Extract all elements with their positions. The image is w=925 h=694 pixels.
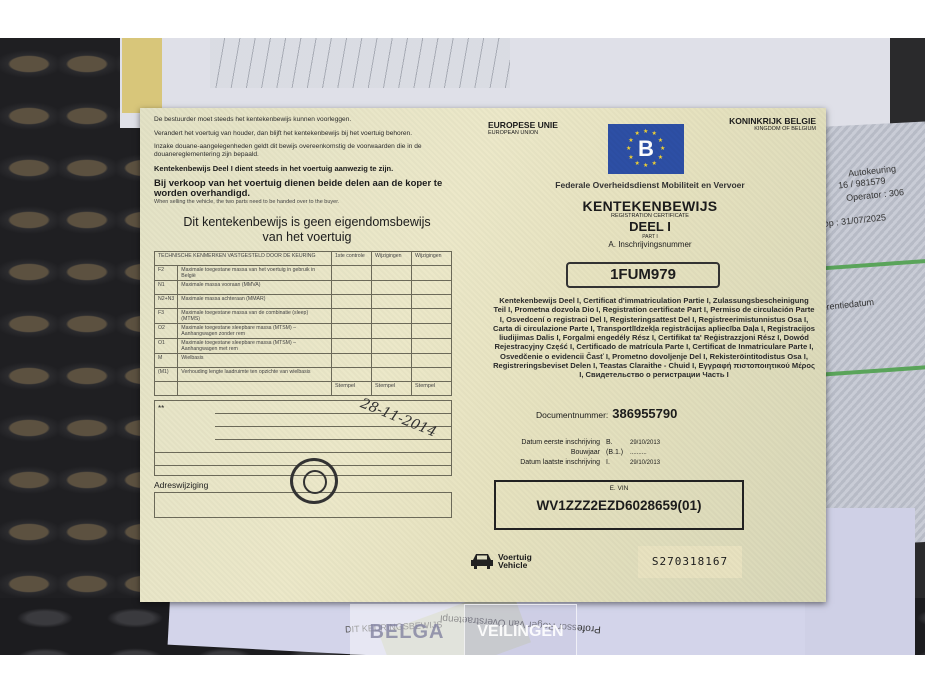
inspection-seal-stamp [290, 458, 338, 504]
document-number-label: Documentnummer: [536, 410, 608, 420]
eu-star-icon: ★ [635, 161, 640, 167]
document-number-value: 386955790 [612, 406, 677, 421]
eu-star-icon: ★ [626, 146, 631, 152]
row-label: Wielbasis [178, 354, 332, 368]
row-label: Verhouding lengte laadruimte ten opzicht… [178, 368, 332, 382]
table-row: O1Maximale toegestane sleepbare massa (M… [155, 339, 452, 354]
title: KENTEKENBEWIJS [480, 198, 820, 214]
ownership-disclaimer: Dit kentekenbewijs is geen eigendomsbewi… [154, 215, 460, 245]
table-cell [412, 281, 452, 295]
table-cell [412, 324, 452, 339]
disclaimer-line: Dit kentekenbewijs is geen eigendomsbewi… [154, 215, 460, 230]
kingdom-header: KONINKRIJK BELGIE KINGDOM OF BELGIUM [729, 116, 816, 132]
date-code: B. [600, 438, 630, 448]
date-value: 29/10/2013 [630, 438, 660, 448]
table-cell [178, 382, 332, 396]
date-label: Datum laatste inschrijving [488, 458, 600, 468]
row-label: Maximale toegestane massa van de combina… [178, 309, 332, 324]
table-cell [372, 266, 412, 281]
vehicle-label-en: Vehicle [498, 561, 532, 569]
registration-dates: Datum eerste inschrijvingB.29/10/2013 Bo… [488, 438, 660, 468]
remarks-line [215, 401, 451, 414]
row-label: Maximale toegestane sleepbare massa (MTS… [178, 339, 332, 354]
eu-header: EUROPESE UNIE EUROPEAN UNION [488, 120, 558, 136]
car-icon [470, 552, 494, 570]
row-code: (M1) [155, 368, 178, 382]
row-code: N1 [155, 281, 178, 295]
date-label: Bouwjaar [488, 448, 600, 458]
eu-star-icon: ★ [658, 155, 663, 161]
document-number: Documentnummer:386955790 [536, 406, 677, 421]
stamp-label: Stempel [332, 382, 372, 396]
table-cell [372, 295, 412, 309]
table-row: MWielbasis [155, 354, 452, 368]
table-row: F3Maximale toegestane massa van de combi… [155, 309, 452, 324]
ministry-name: Federale Overheidsdienst Mobiliteit en V… [480, 180, 820, 190]
table-cell [155, 382, 178, 396]
stars-marker: ** [158, 404, 164, 413]
vin-value: WV1ZZZ2EZD6028659(01) [496, 498, 742, 513]
note: De bestuurder moet steeds het kentekenbe… [154, 116, 460, 124]
eu-star-icon: ★ [658, 138, 663, 144]
date-row: Datum eerste inschrijvingB.29/10/2013 [488, 438, 660, 448]
table-row: O2Maximale toegestane sleepbare massa (M… [155, 324, 452, 339]
registration-certificate: De bestuurder moet steeds het kentekenbe… [140, 108, 826, 602]
table-cell [332, 309, 372, 324]
row-code: O1 [155, 339, 178, 354]
watermark-veilingen: VEILINGEN [464, 604, 577, 655]
note: Verandert het voertuig van houder, dan b… [154, 130, 460, 138]
table-header: Wijzigingen [412, 252, 452, 266]
date-value: 29/10/2013 [630, 458, 660, 468]
eu-star-icon: ★ [628, 138, 633, 144]
table-cell [372, 368, 412, 382]
table-cell [372, 354, 412, 368]
table-header: Wijzigingen [372, 252, 412, 266]
table-cell [412, 295, 452, 309]
row-label: Maximale toegestane massa van het voertu… [178, 266, 332, 281]
bold-note: Kentekenbewijs Deel I dient steeds in he… [154, 164, 460, 173]
kingdom-label-en: KINGDOM OF BELGIUM [729, 126, 816, 132]
vehicle-marker: Voertuig Vehicle [470, 552, 532, 570]
table-cell [332, 281, 372, 295]
table-cell [372, 339, 412, 354]
row-label: Maximale toegestane sleepbare massa (MTS… [178, 324, 332, 339]
row-label: Maximale massa achteraan (MMAR) [178, 295, 332, 309]
row-code: F2 [155, 266, 178, 281]
eu-star-icon: ★ [652, 161, 657, 167]
part: DEEL I [480, 219, 820, 234]
stamp-row: Stempel Stempel Stempel [155, 382, 452, 396]
table-row: (M1)Verhouding lengte laadruimte ten opz… [155, 368, 452, 382]
stamp-label: Stempel [412, 382, 452, 396]
table-cell [412, 266, 452, 281]
row-code: O2 [155, 324, 178, 339]
photo: Autokeuring 16 / 981579 Operator : 306 k… [0, 38, 925, 655]
watermark-belga: BELGA [350, 604, 464, 655]
multilingual-titles: Kentekenbewijs Deel I, Certificat d'imma… [492, 296, 816, 380]
eu-flag-icon: B ★★★★★★★★★★★★ [608, 124, 684, 174]
note: Inzake douane-aangelegenheden geldt dit … [154, 143, 460, 158]
serial-number: S270318167 [638, 546, 742, 578]
technical-specs-table: TECHNISCHE KENMERKEN VASTGESTELD DOOR DE… [154, 251, 452, 396]
eu-star-icon: ★ [643, 163, 648, 169]
kingdom-label: KONINKRIJK BELGIE [729, 116, 816, 126]
table-cell [412, 368, 452, 382]
date-label: Datum eerste inschrijving [488, 438, 600, 448]
table-header: 1ste controle [332, 252, 372, 266]
table-header-row: TECHNISCHE KENMERKEN VASTGESTELD DOOR DE… [155, 252, 452, 266]
eu-star-icon: ★ [643, 129, 648, 135]
table-cell [372, 281, 412, 295]
remarks-line [155, 440, 451, 453]
eu-label-en: EUROPEAN UNION [488, 130, 558, 136]
table-header: TECHNISCHE KENMERKEN VASTGESTELD DOOR DE… [155, 252, 332, 266]
date-code: I. [600, 458, 630, 468]
table-cell [332, 354, 372, 368]
date-row: Datum laatste inschrijvingI.29/10/2013 [488, 458, 660, 468]
disclaimer-line: van het voertuig [154, 230, 460, 245]
table-cell [412, 339, 452, 354]
date-code: (B.1.) [600, 448, 630, 458]
table-row: N2+N3Maximale massa achteraan (MMAR) [155, 295, 452, 309]
table-cell [372, 324, 412, 339]
eu-star-icon: ★ [652, 131, 657, 137]
certificate-title: KENTEKENBEWIJS REGISTRATION CERTIFICATE … [480, 198, 820, 249]
table-cell [412, 354, 452, 368]
row-code: N2+N3 [155, 295, 178, 309]
registration-number: 1FUM979 [566, 262, 720, 288]
row-code: F3 [155, 309, 178, 324]
vin-label: E. VIN [496, 485, 742, 492]
table-row: F2Maximale toegestane massa van het voer… [155, 266, 452, 281]
watermark: BELGA VEILINGEN [350, 604, 577, 655]
date-row: Bouwjaar(B.1.).......... [488, 448, 660, 458]
row-code: M [155, 354, 178, 368]
country-letter: B [608, 136, 684, 162]
table-cell [332, 324, 372, 339]
sale-note-en: When selling the vehicle, the two parts … [154, 199, 460, 205]
eu-star-icon: ★ [635, 131, 640, 137]
table-cell [412, 309, 452, 324]
table-cell [332, 266, 372, 281]
table-cell [332, 339, 372, 354]
sale-note: Bij verkoop van het voertuig dienen beid… [154, 179, 460, 199]
eu-star-icon: ★ [660, 146, 665, 152]
row-label: Maximale massa vooraan (MMVA) [178, 281, 332, 295]
metal-grate [0, 38, 150, 655]
table-cell [332, 368, 372, 382]
table-cell [372, 309, 412, 324]
registration-number-label: A. Inschrijvingsnummer [480, 240, 820, 249]
stamp-label: Stempel [372, 382, 412, 396]
eu-label: EUROPESE UNIE [488, 120, 558, 130]
table-cell [332, 295, 372, 309]
eu-star-icon: ★ [628, 155, 633, 161]
date-value: .......... [630, 448, 647, 458]
printed-table-strip [210, 38, 510, 88]
table-row: N1Maximale massa vooraan (MMVA) [155, 281, 452, 295]
vin-box: E. VIN WV1ZZZ2EZD6028659(01) [494, 480, 744, 530]
yellow-paper [122, 38, 162, 113]
vehicle-label: Voertuig Vehicle [498, 553, 532, 569]
